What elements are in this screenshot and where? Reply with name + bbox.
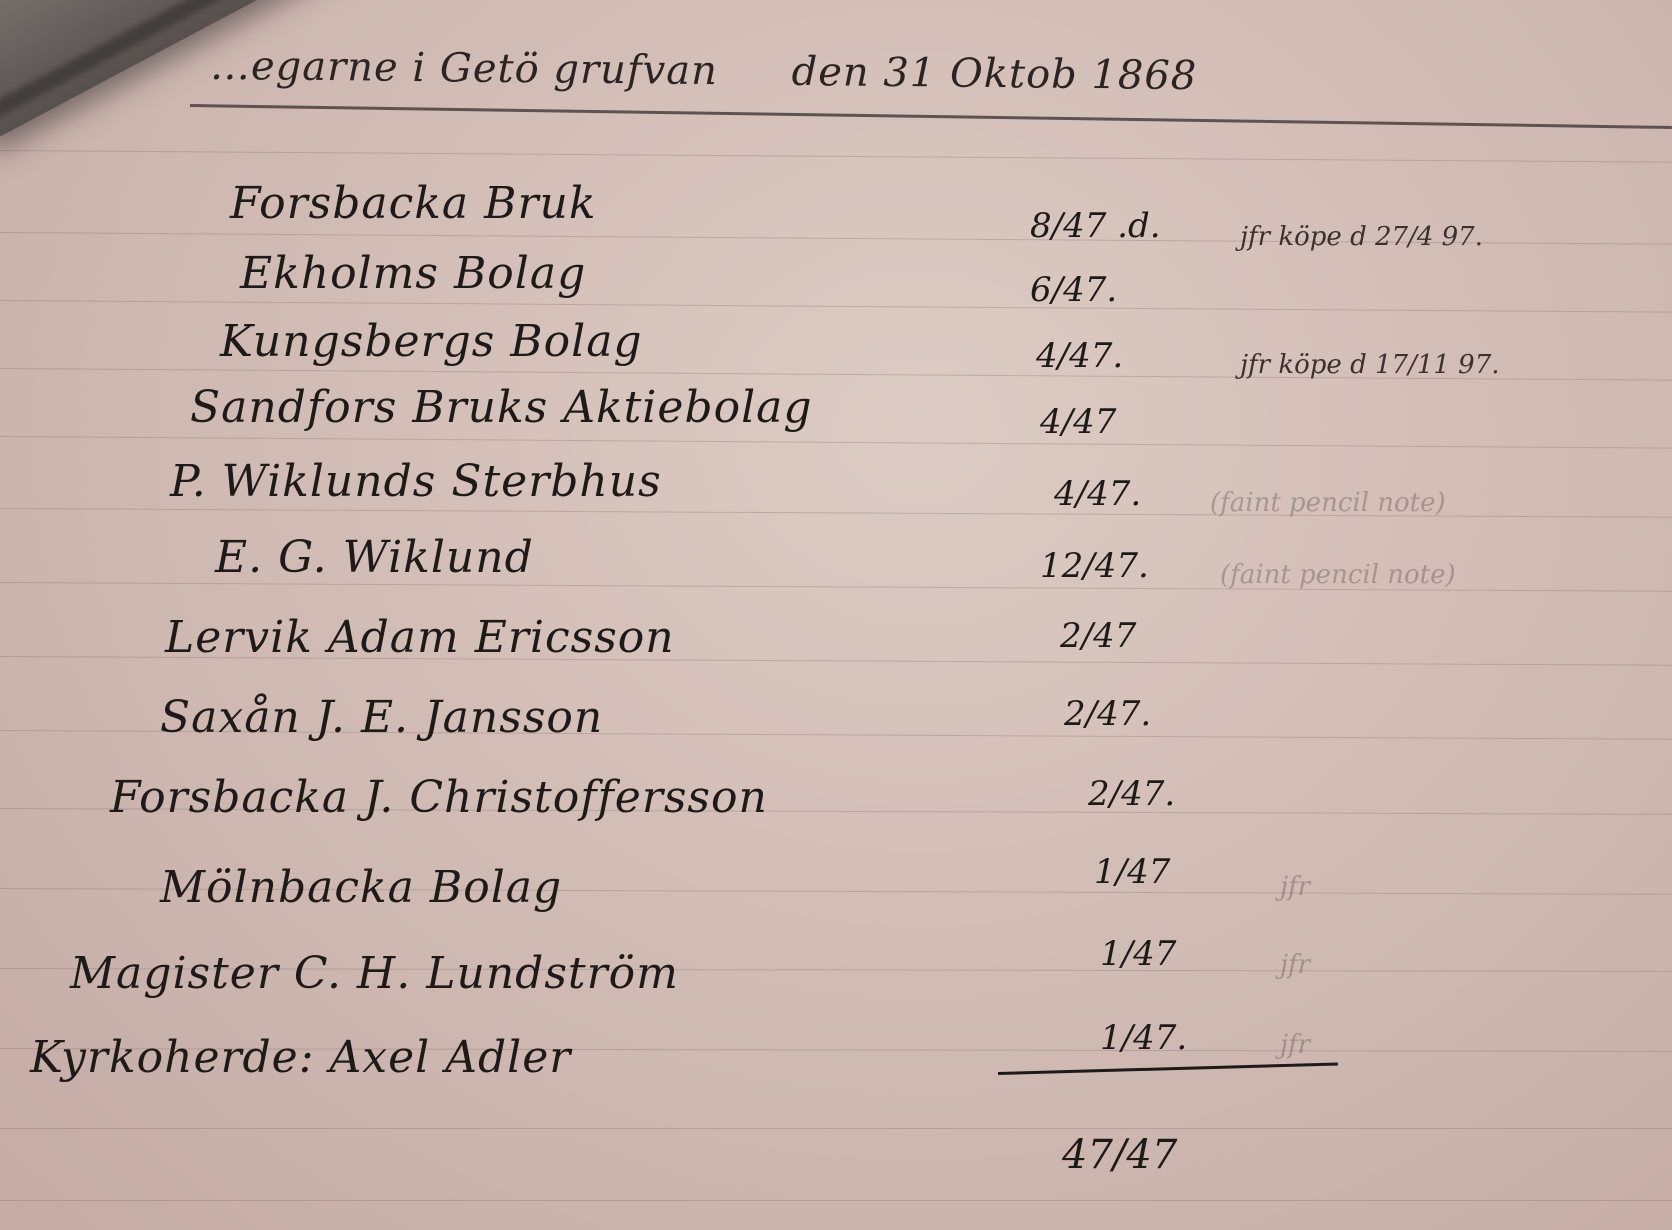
- sum-underline: [998, 1063, 1338, 1075]
- entry-share: 1/47: [1100, 934, 1176, 974]
- entry-share: 4/47.: [1054, 474, 1141, 514]
- ruled-line: [0, 436, 1672, 449]
- entry-share: 6/47.: [1030, 270, 1117, 310]
- ruled-line: [0, 1128, 1672, 1129]
- heading-title: …egarne i Getö grufvan: [210, 43, 718, 94]
- total-share: 47/47: [1062, 1132, 1177, 1178]
- entry-share: 2/47.: [1064, 694, 1151, 734]
- entry-share: 8/47 .d.: [1030, 206, 1161, 246]
- entry-note-faint: jfr: [1280, 872, 1310, 902]
- entry-name: Lervik Adam Ericsson: [165, 612, 675, 663]
- ruled-line: [0, 150, 1672, 163]
- entry-share: 12/47.: [1040, 546, 1149, 586]
- entry-name: Kungsbergs Bolag: [220, 316, 643, 367]
- entry-share: 4/47: [1040, 402, 1116, 442]
- entry-share: 4/47.: [1036, 336, 1123, 376]
- entry-name: Sandfors Bruks Aktiebolag: [190, 382, 813, 433]
- entry-note: jfr köpe d 27/4 97.: [1240, 222, 1483, 252]
- entry-name: Mölnbacka Bolag: [160, 862, 562, 913]
- entry-note-faint: jfr: [1280, 950, 1310, 980]
- entry-note-faint: (faint pencil note): [1220, 560, 1456, 590]
- ledger-page: …egarne i Getö grufvan den 31 Oktob 1868…: [0, 0, 1672, 1230]
- entry-note-faint: (faint pencil note): [1210, 488, 1446, 518]
- share-suffix: .d.: [1117, 206, 1160, 246]
- entry-name: Magister C. H. Lundström: [70, 948, 679, 999]
- entry-share: 2/47: [1060, 616, 1136, 656]
- heading-underline: [190, 104, 1672, 129]
- share-fraction: 8/47: [1030, 206, 1106, 246]
- entry-name: Ekholms Bolag: [240, 248, 586, 299]
- ruled-line: [0, 300, 1672, 313]
- entry-name: Forsbacka Bruk: [230, 178, 597, 229]
- entry-name: Forsbacka J. Christoffersson: [110, 772, 768, 823]
- entry-name: E. G. Wiklund: [215, 532, 534, 583]
- entry-note: jfr köpe d 17/11 97.: [1240, 350, 1500, 380]
- entry-share: 1/47.: [1100, 1018, 1187, 1058]
- page-heading: …egarne i Getö grufvan den 31 Oktob 1868: [210, 43, 1198, 99]
- ruled-line: [0, 1200, 1672, 1201]
- heading-date: den 31 Oktob 1868: [791, 49, 1197, 99]
- entry-name: P. Wiklunds Sterbhus: [170, 456, 662, 507]
- entry-note-faint: jfr: [1280, 1030, 1310, 1060]
- entry-name: Saxån J. E. Jansson: [160, 692, 603, 743]
- entry-share: 2/47.: [1088, 774, 1175, 814]
- entry-name: Kyrkoherde: Axel Adler: [30, 1032, 571, 1083]
- entry-share: 1/47: [1094, 852, 1170, 892]
